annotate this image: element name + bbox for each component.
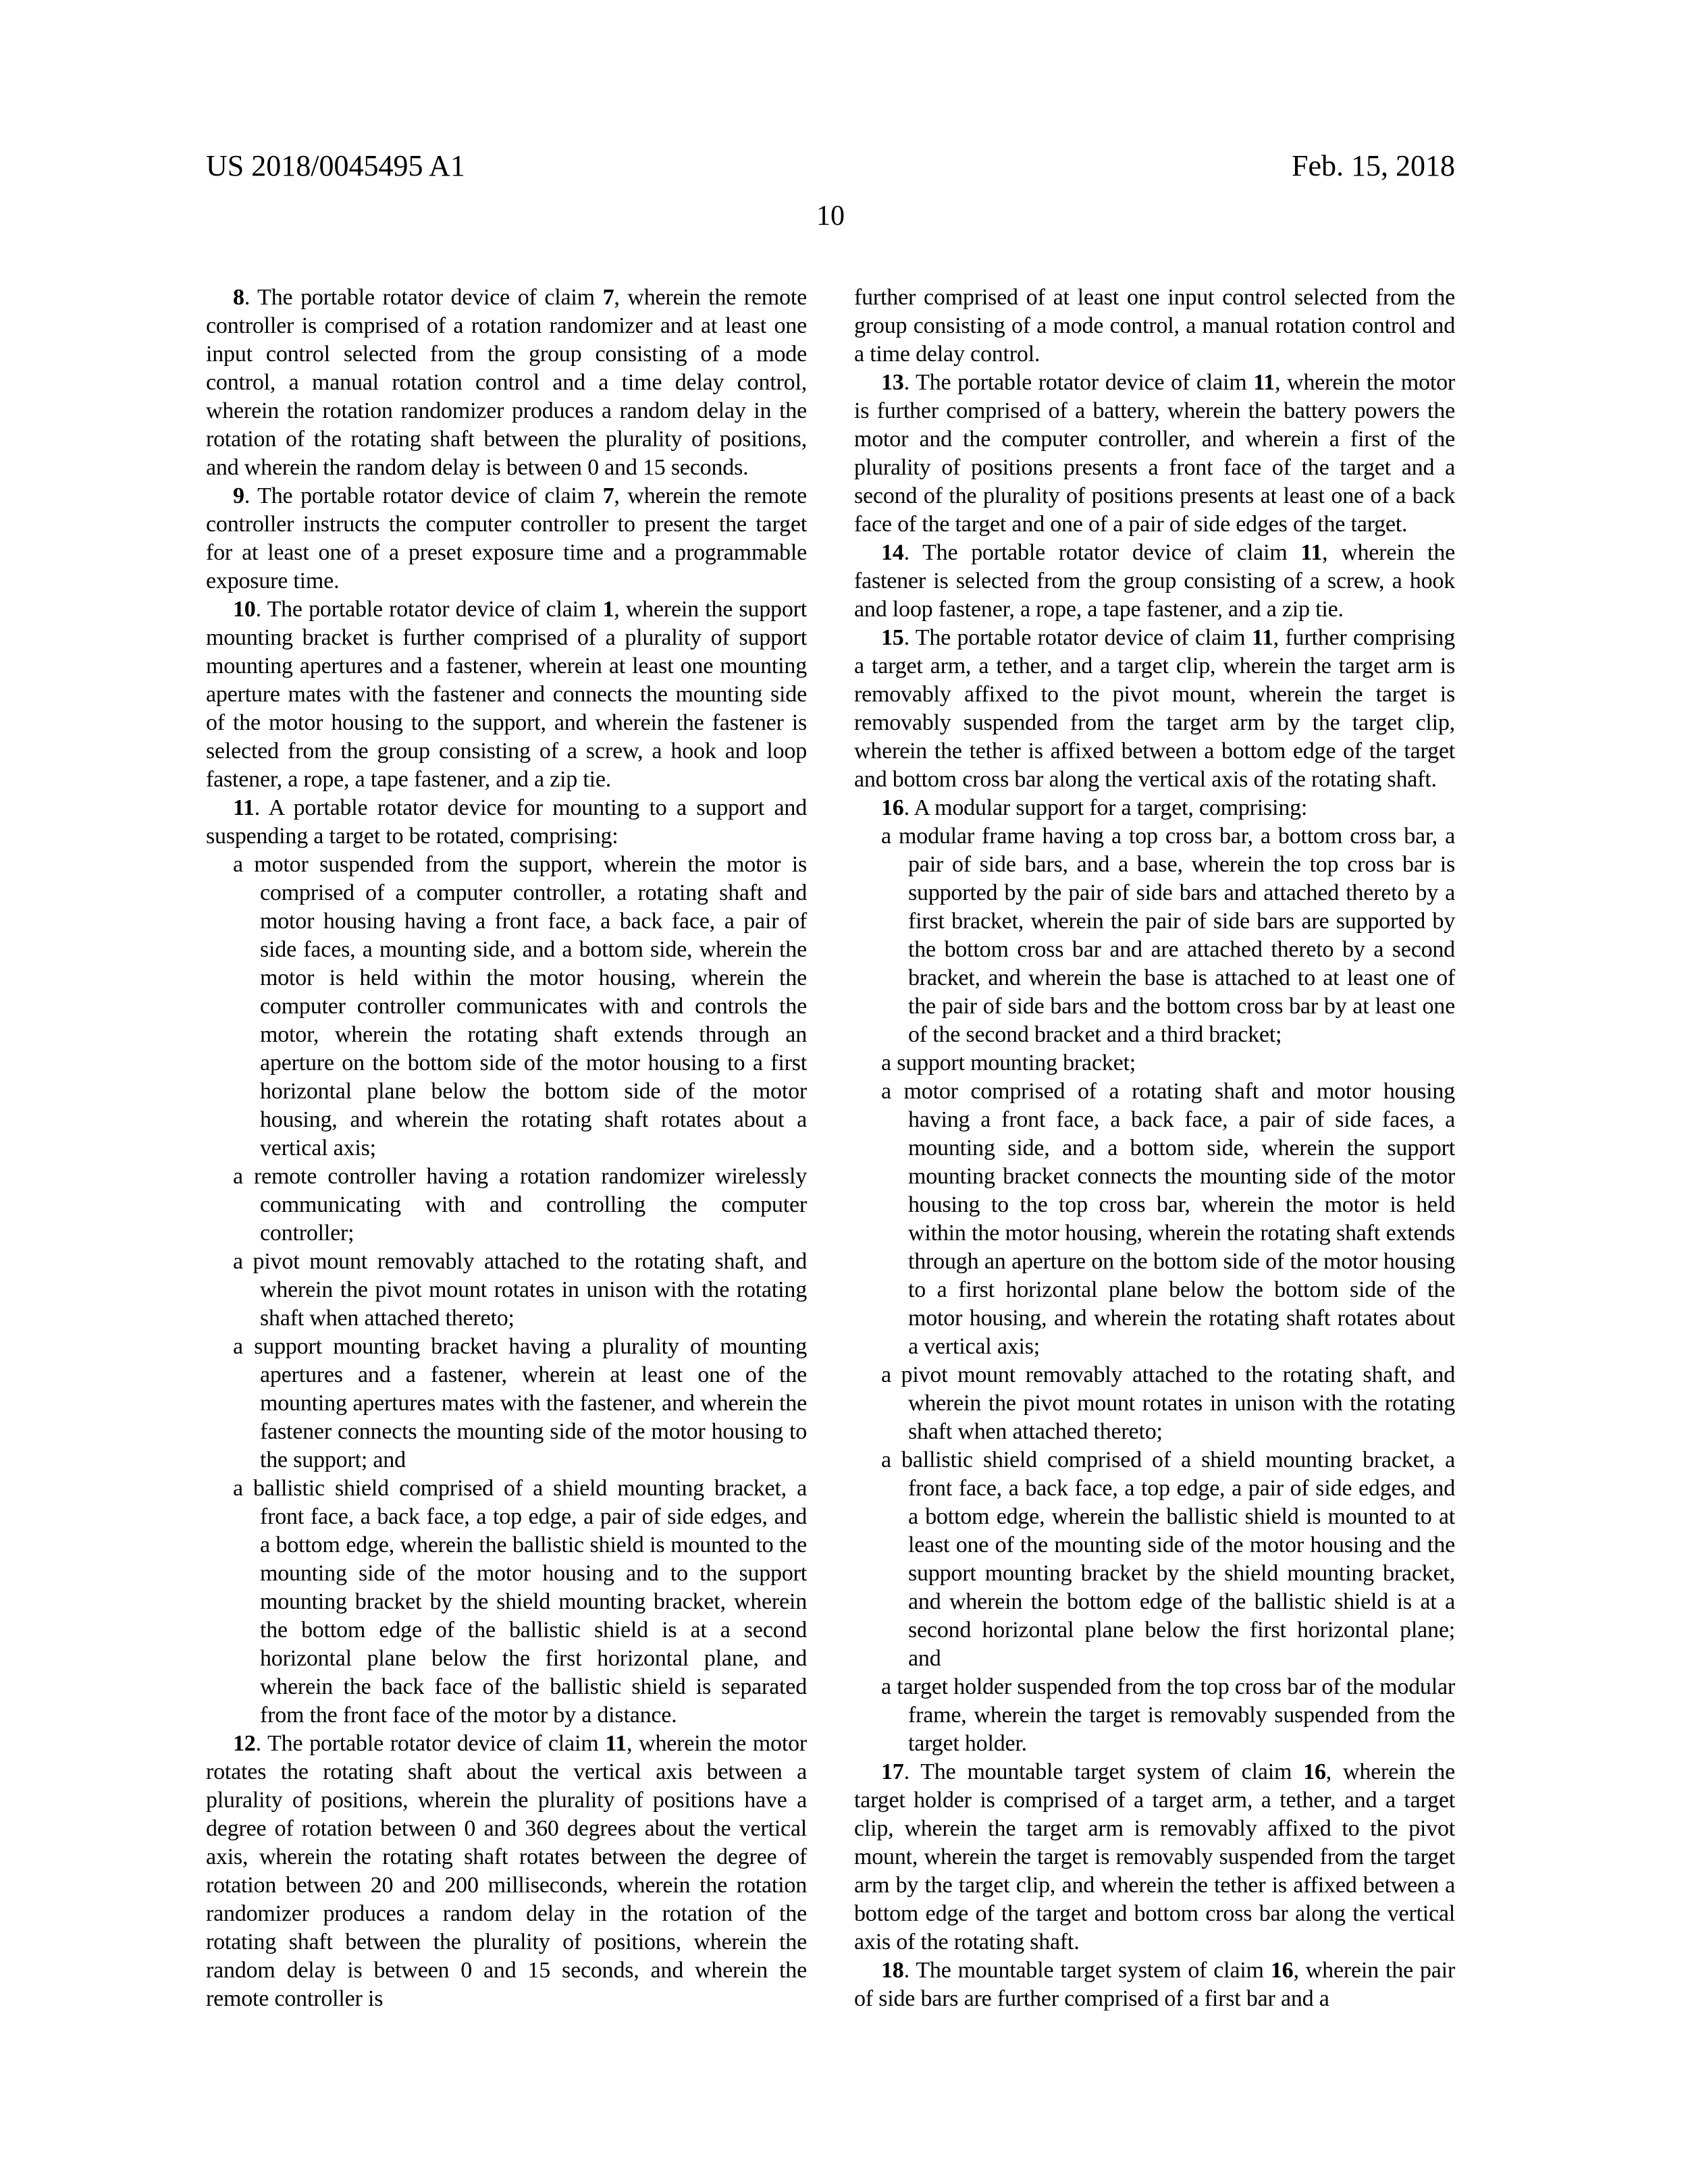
claim-number: 14 [881,540,904,565]
claim-text: a motor suspended from the support, wher… [233,852,807,1161]
claim-15: 15. The portable rotator device of claim… [854,624,1455,794]
claim-16-clause-motor: a motor comprised of a rotating shaft an… [854,1077,1455,1361]
claim-11-preamble: 11. A portable rotator device for mounti… [206,794,807,851]
claim-16-clause-target-holder: a target holder suspended from the top c… [854,1673,1455,1758]
claim-9: 9. The portable rotator device of claim … [206,482,807,595]
claim-text: a ballistic shield comprised of a shield… [881,1447,1455,1671]
claim-text: . The portable rotator device of claim [904,625,1252,650]
claim-number: 12 [233,1731,256,1756]
claim-number: 11 [1252,625,1273,650]
claim-16-clause-modular-frame: a modular frame having a top cross bar, … [854,822,1455,1049]
claim-number: 16 [1271,1958,1294,1983]
claim-10: 10. The portable rotator device of claim… [206,595,807,794]
claim-text: . The portable rotator device of claim [904,370,1254,395]
claim-text: . A modular support for a target, compri… [904,795,1308,820]
claim-14: 14. The portable rotator device of claim… [854,539,1455,624]
claim-number: 11 [605,1731,627,1756]
page-number: 10 [0,200,1661,232]
claim-number: 7 [603,483,614,508]
claim-text: a pivot mount removably attached to the … [881,1362,1455,1444]
claim-text: . The mountable target system of claim [904,1759,1304,1784]
claims-body: 8. The portable rotator device of claim … [206,284,1455,2013]
claim-number: 13 [881,370,904,395]
right-column: further comprised of at least one input … [854,284,1455,2013]
claim-text: , wherein the motor is further comprised… [854,370,1455,537]
claim-number: 10 [233,597,256,622]
claim-text: a support mounting bracket; [881,1050,1136,1075]
claim-text: . The mountable target system of claim [904,1958,1271,1983]
claim-number: 16 [881,795,904,820]
patent-number: US 2018/0045495 A1 [206,150,465,182]
claim-text: a support mounting bracket having a plur… [233,1334,807,1472]
left-column: 8. The portable rotator device of claim … [206,284,807,2013]
claim-text: a target holder suspended from the top c… [881,1674,1455,1756]
claim-number: 8 [233,285,244,310]
page-header: US 2018/0045495 A1 Feb. 15, 2018 [206,150,1455,182]
claim-16-clause-pivot-mount: a pivot mount removably attached to the … [854,1361,1455,1446]
claim-text: a pivot mount removably attached to the … [233,1249,807,1331]
claim-text: a motor comprised of a rotating shaft an… [881,1079,1455,1359]
claim-text: . The portable rotator device of claim [244,483,603,508]
claim-11-clause-ballistic-shield: a ballistic shield comprised of a shield… [206,1474,807,1730]
claim-text: a remote controller having a rotation ra… [233,1164,807,1246]
claim-text: . The portable rotator device of claim [904,540,1301,565]
claim-text: . The portable rotator device of claim [244,285,603,310]
claim-text: further comprised of at least one input … [854,285,1455,367]
claim-number: 1 [602,597,614,622]
claim-number: 16 [1303,1759,1326,1784]
claim-number: 11 [1300,540,1322,565]
claim-text: , further comprising a target arm, a tet… [854,625,1455,792]
claim-number: 18 [881,1958,904,1983]
claim-text: . The portable rotator device of claim [256,1731,606,1756]
claim-13: 13. The portable rotator device of claim… [854,369,1455,539]
claim-11-clause-remote-controller: a remote controller having a rotation ra… [206,1163,807,1248]
claim-11-clause-support-mounting-bracket: a support mounting bracket having a plur… [206,1333,807,1474]
claim-number: 9 [233,483,244,508]
claim-text: . A portable rotator device for mounting… [206,795,807,849]
claim-text: , wherein the target holder is comprised… [854,1759,1455,1954]
claim-number: 11 [1253,370,1275,395]
claim-text: a ballistic shield comprised of a shield… [233,1476,807,1728]
publication-date: Feb. 15, 2018 [1292,150,1455,182]
claim-text: , wherein the motor rotates the rotating… [206,1731,807,2011]
claim-17: 17. The mountable target system of claim… [854,1758,1455,1956]
claim-text: , wherein the support mounting bracket i… [206,597,807,792]
claim-16-clause-ballistic-shield: a ballistic shield comprised of a shield… [854,1446,1455,1673]
claim-text: , wherein the remote controller is compr… [206,285,807,480]
claim-8: 8. The portable rotator device of claim … [206,284,807,482]
claim-text: . The portable rotator device of claim [256,597,603,622]
claim-number: 7 [603,285,614,310]
claim-number: 15 [881,625,904,650]
claim-12-part-1: 12. The portable rotator device of claim… [206,1730,807,2013]
claim-number: 17 [881,1759,904,1784]
claim-11-clause-pivot-mount: a pivot mount removably attached to the … [206,1248,807,1333]
claim-12-part-2: further comprised of at least one input … [854,284,1455,369]
claim-18: 18. The mountable target system of claim… [854,1956,1455,2013]
claim-16-preamble: 16. A modular support for a target, comp… [854,794,1455,822]
claim-16-clause-support-mounting-bracket: a support mounting bracket; [854,1049,1455,1077]
claim-text: a modular frame having a top cross bar, … [881,824,1455,1047]
claim-11-clause-motor: a motor suspended from the support, wher… [206,851,807,1163]
claim-number: 11 [233,795,255,820]
